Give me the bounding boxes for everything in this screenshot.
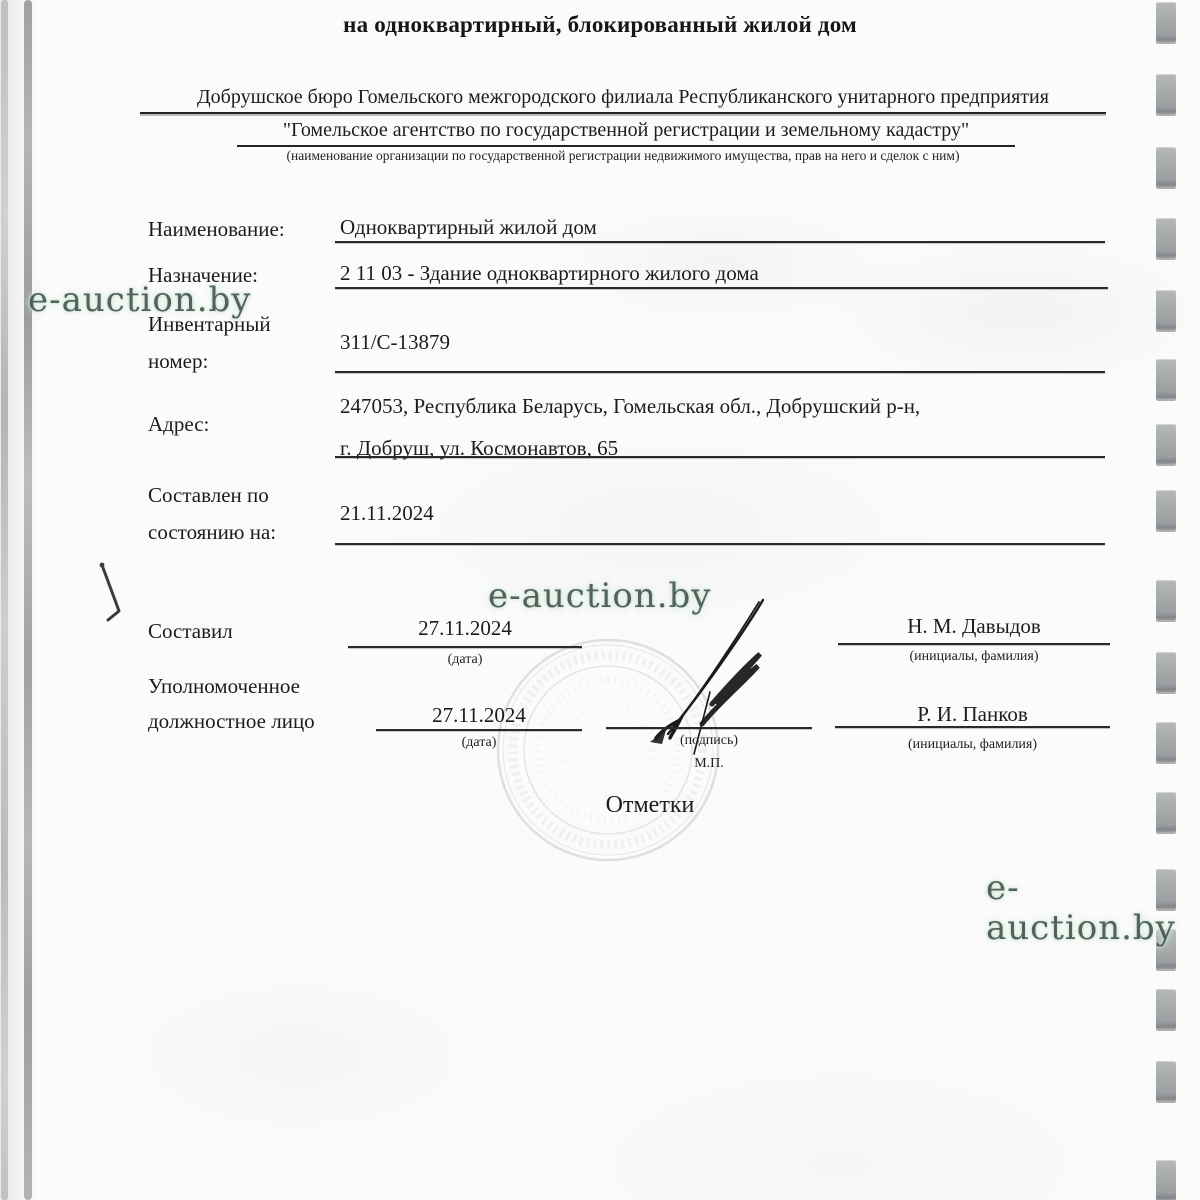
official-name-rule xyxy=(835,726,1110,728)
field-rule-name xyxy=(335,241,1105,243)
composed-date: 27.11.2024 xyxy=(348,616,582,641)
composed-name: Н. М. Давыдов xyxy=(838,614,1110,639)
binding-mark xyxy=(1156,74,1176,114)
binding-mark xyxy=(1156,147,1176,187)
field-label-inventory-line1: Инвентарный xyxy=(148,312,271,337)
field-label-asof-line2: состоянию на: xyxy=(148,520,276,545)
field-label-inventory-line2: номер: xyxy=(148,349,208,374)
binding-mark xyxy=(1156,792,1176,832)
composed-name-caption: (инициалы, фамилия) xyxy=(838,649,1110,665)
left-scan-edge-line xyxy=(1,0,8,1200)
organization-note: (наименование организации по государстве… xyxy=(140,148,1106,164)
organization-name-line2: "Гомельское агентство по государственной… xyxy=(237,119,1015,147)
field-rule-asof xyxy=(335,543,1105,545)
field-value-purpose: 2 11 03 - Здание одноквартирного жилого … xyxy=(340,261,759,286)
composed-name-rule xyxy=(838,643,1110,645)
seal-place-caption: М.П. xyxy=(606,756,812,772)
binding-mark xyxy=(1156,989,1176,1029)
field-value-name: Одноквартирный жилой дом xyxy=(340,215,597,240)
field-value-inventory: 311/С-13879 xyxy=(340,330,450,355)
official-name: Р. И. Панков xyxy=(835,702,1110,727)
composed-date-rule xyxy=(348,646,582,648)
official-name-caption: (инициалы, фамилия) xyxy=(835,737,1110,753)
binding-mark xyxy=(1156,424,1176,464)
binding-mark xyxy=(1156,580,1176,620)
signature-caption: (подпись) xyxy=(606,733,812,749)
official-label-line2: должностное лицо xyxy=(148,709,315,734)
binding-mark xyxy=(1156,218,1176,258)
binding-mark xyxy=(1156,1061,1176,1101)
binding-mark xyxy=(1156,1160,1176,1200)
field-rule-purpose xyxy=(335,287,1108,289)
field-value-asof: 21.11.2024 xyxy=(340,501,434,526)
field-rule-address xyxy=(335,456,1105,458)
binding-mark xyxy=(1156,290,1176,330)
field-value-address-line1: 247053, Республика Беларусь, Гомельская … xyxy=(340,394,920,419)
binding-mark xyxy=(1156,359,1176,399)
watermark-bottom-right: e-auction.by xyxy=(986,868,1200,948)
official-date-rule xyxy=(376,729,582,731)
signature-rule xyxy=(606,727,812,729)
binding-mark xyxy=(1156,652,1176,692)
binding-mark xyxy=(1156,490,1176,530)
official-date: 27.11.2024 xyxy=(376,703,582,728)
binding-mark xyxy=(1156,722,1176,762)
notes-heading: Отметки xyxy=(540,792,760,819)
scanned-document-page: { "header": { "title": "на одноквартирны… xyxy=(0,0,1200,1200)
official-label-line1: Уполномоченное xyxy=(148,674,300,699)
organization-name-line1: Добрушское бюро Гомельского межгородског… xyxy=(140,86,1106,114)
document-title: на одноквартирный, блокированный жилой д… xyxy=(0,12,1200,38)
official-date-caption: (дата) xyxy=(376,735,582,751)
field-label-name: Наименование: xyxy=(148,217,285,242)
composed-date-caption: (дата) xyxy=(348,652,582,668)
field-label-address: Адрес: xyxy=(148,412,209,437)
composed-by-label: Составил xyxy=(148,619,233,644)
left-scan-fold-line xyxy=(24,0,32,1200)
field-rule-inventory xyxy=(335,371,1105,373)
field-label-purpose: Назначение: xyxy=(148,263,258,288)
stray-pen-mark xyxy=(93,558,133,633)
field-label-asof-line1: Составлен по xyxy=(148,483,269,508)
